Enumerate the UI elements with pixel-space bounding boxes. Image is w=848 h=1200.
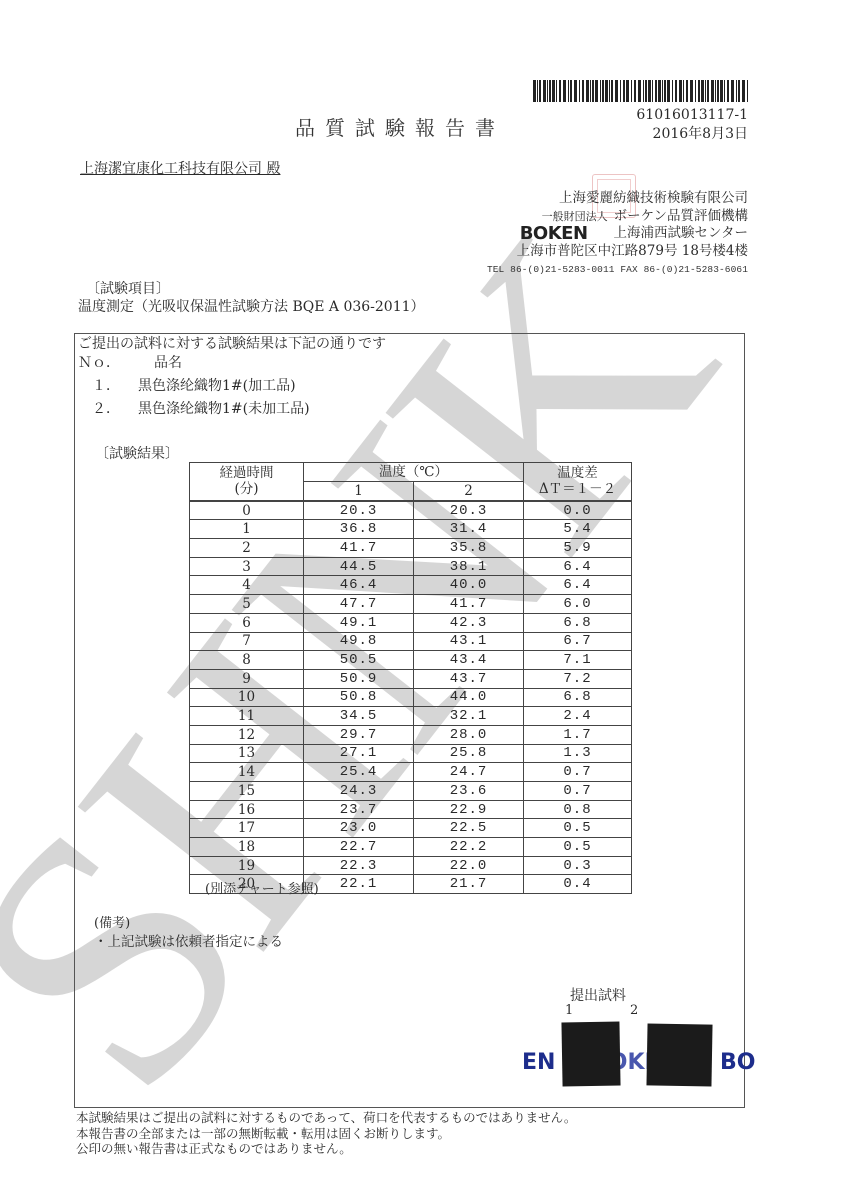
table-row: 136.831.45.4 — [190, 520, 632, 539]
cell-temp-2: 23.6 — [414, 782, 524, 801]
cell-temp-2: 38.1 — [414, 557, 524, 576]
cell-minutes: 4 — [190, 576, 304, 595]
cell-temp-1: 47.7 — [304, 595, 414, 614]
cell-temp-1: 22.1 — [304, 875, 414, 894]
cell-temp-2: 43.7 — [414, 669, 524, 688]
cell-minutes: 17 — [190, 819, 304, 838]
table-row: 547.741.76.0 — [190, 595, 632, 614]
cell-temp-diff: 7.1 — [524, 651, 632, 670]
col-header-temp-1: 1 — [304, 482, 414, 501]
cell-temp-diff: 5.9 — [524, 539, 632, 558]
cell-temp-1: 29.7 — [304, 725, 414, 744]
cell-temp-diff: 6.8 — [524, 688, 632, 707]
sample-name: 黒色涤纶織物1#(加工品) — [138, 378, 296, 394]
table-row: 649.142.36.8 — [190, 613, 632, 632]
issuer-center: BOKEN 上海浦西試験センター — [328, 225, 748, 243]
table-row: 241.735.85.9 — [190, 539, 632, 558]
cell-temp-diff: 6.4 — [524, 557, 632, 576]
boken-tape-logo: BO — [720, 1050, 755, 1075]
issuer-block: 上海愛麗紡織技術検験有限公司 一般財団法人ボーケン品質評価機構 BOKEN 上海… — [328, 190, 748, 260]
cell-temp-diff: 6.8 — [524, 613, 632, 632]
cell-temp-2: 43.1 — [414, 632, 524, 651]
table-row: 950.943.77.2 — [190, 669, 632, 688]
swatch-label-2: 2 — [630, 1003, 638, 1018]
footer-line: 本試験結果はご提出の試料に対するものであって、荷口を代表するものではありません。 — [76, 1110, 576, 1126]
cell-temp-1: 49.8 — [304, 632, 414, 651]
cell-temp-diff: 6.4 — [524, 576, 632, 595]
cell-temp-diff: 6.0 — [524, 595, 632, 614]
sample-name: 黒色涤纶織物1#(未加工品) — [138, 401, 310, 417]
sample-list-header: Ｎｏ．品名 — [78, 352, 182, 372]
issuer-org-name: ボーケン品質評価機構 — [614, 208, 748, 224]
report-date: 2016年8月3日 — [548, 123, 748, 143]
cell-temp-diff: 0.4 — [524, 875, 632, 894]
table-row: 1723.022.50.5 — [190, 819, 632, 838]
cell-temp-2: 31.4 — [414, 520, 524, 539]
issuer-name: 上海愛麗紡織技術検験有限公司 — [328, 190, 748, 208]
cell-temp-2: 22.9 — [414, 800, 524, 819]
no-label: Ｎｏ． — [78, 355, 120, 371]
results-intro: ご提出の試料に対する試験結果は下記の通りです — [78, 333, 386, 353]
cell-temp-diff: 5.4 — [524, 520, 632, 539]
cell-temp-2: 28.0 — [414, 725, 524, 744]
cell-temp-1: 46.4 — [304, 576, 414, 595]
cell-temp-1: 34.5 — [304, 707, 414, 726]
cell-temp-1: 24.3 — [304, 782, 414, 801]
fabric-swatch-1 — [561, 1021, 620, 1086]
cell-minutes: 10 — [190, 688, 304, 707]
issuer-contact: TEL 86-(0)21-5283-0011 FAX 86-(0)21-5283… — [328, 264, 748, 275]
cell-temp-1: 50.9 — [304, 669, 414, 688]
issuer-center-name: 上海浦西試験センター — [614, 225, 748, 243]
cell-temp-1: 50.8 — [304, 688, 414, 707]
cell-temp-1: 50.5 — [304, 651, 414, 670]
cell-temp-2: 41.7 — [414, 595, 524, 614]
col-header-diff: 温度差 ΔＴ＝１－２ — [524, 463, 632, 501]
cell-temp-2: 22.0 — [414, 856, 524, 875]
recipient: 上海潔宜康化工科技有限公司 殿 — [80, 158, 280, 178]
cell-minutes: 7 — [190, 632, 304, 651]
sample-no: ２． — [92, 398, 138, 418]
cell-temp-diff: 0.3 — [524, 856, 632, 875]
boken-tape-logo: EN — [522, 1050, 555, 1075]
cell-temp-1: 23.7 — [304, 800, 414, 819]
issuer-address: 上海市普陀区中江路879号 18号楼4楼 — [328, 243, 748, 261]
table-row: 1524.323.60.7 — [190, 782, 632, 801]
cell-temp-2: 22.2 — [414, 838, 524, 857]
footer-notes: 本試験結果はご提出の試料に対するものであって、荷口を代表するものではありません。… — [76, 1110, 576, 1157]
cell-minutes: 1 — [190, 520, 304, 539]
cell-minutes: 15 — [190, 782, 304, 801]
sample-item: ２．黒色涤纶織物1#(未加工品) — [92, 398, 310, 418]
col-header-time: 経過時間 (分) — [190, 463, 304, 501]
table-row: 850.543.47.1 — [190, 651, 632, 670]
sample-item: １．黒色涤纶織物1#(加工品) — [92, 375, 296, 395]
cell-temp-diff: 0.7 — [524, 763, 632, 782]
cell-temp-2: 22.5 — [414, 819, 524, 838]
table-row: 749.843.16.7 — [190, 632, 632, 651]
table-row: 020.320.30.0 — [190, 501, 632, 520]
cell-temp-diff: 0.0 — [524, 501, 632, 520]
table-row: 1922.322.00.3 — [190, 856, 632, 875]
cell-temp-2: 32.1 — [414, 707, 524, 726]
cell-temp-2: 24.7 — [414, 763, 524, 782]
table-row: 1134.532.12.4 — [190, 707, 632, 726]
footer-line: 本報告書の全部または一部の無断転載・転用は固くお断りします。 — [76, 1126, 576, 1142]
cell-temp-1: 22.7 — [304, 838, 414, 857]
cell-minutes: 11 — [190, 707, 304, 726]
name-label: 品名 — [154, 355, 182, 371]
boken-logo: BOKEN — [520, 225, 588, 243]
table-row: 1623.722.90.8 — [190, 800, 632, 819]
cell-temp-diff: 6.7 — [524, 632, 632, 651]
document-title: 品質試験報告書 — [295, 112, 505, 141]
time-unit: (分) — [190, 481, 303, 497]
diff-label: 温度差 — [524, 465, 631, 481]
cell-temp-1: 27.1 — [304, 744, 414, 763]
diff-formula: ΔＴ＝１－２ — [524, 481, 631, 497]
cell-temp-2: 21.7 — [414, 875, 524, 894]
cell-temp-1: 44.5 — [304, 557, 414, 576]
cell-temp-2: 44.0 — [414, 688, 524, 707]
submitted-samples-label: 提出試料 — [570, 985, 626, 1005]
table-row: 1229.728.01.7 — [190, 725, 632, 744]
col-header-temp: 温度（℃） — [304, 463, 524, 482]
cell-temp-2: 35.8 — [414, 539, 524, 558]
cell-minutes: 8 — [190, 651, 304, 670]
cell-temp-1: 36.8 — [304, 520, 414, 539]
cell-minutes: 3 — [190, 557, 304, 576]
cell-minutes: 5 — [190, 595, 304, 614]
table-row: 1327.125.81.3 — [190, 744, 632, 763]
cell-temp-diff: 7.2 — [524, 669, 632, 688]
table-row: 446.440.06.4 — [190, 576, 632, 595]
cell-minutes: 9 — [190, 669, 304, 688]
cell-minutes: 18 — [190, 838, 304, 857]
cell-minutes: 0 — [190, 501, 304, 520]
cell-temp-2: 25.8 — [414, 744, 524, 763]
results-heading: 〔試験結果〕 — [95, 443, 179, 463]
cell-temp-1: 23.0 — [304, 819, 414, 838]
table-row: 1822.722.20.5 — [190, 838, 632, 857]
cell-temp-diff: 2.4 — [524, 707, 632, 726]
table-row: 1425.424.70.7 — [190, 763, 632, 782]
cell-temp-1: 20.3 — [304, 501, 414, 520]
cell-minutes: 6 — [190, 613, 304, 632]
cell-temp-1: 22.3 — [304, 856, 414, 875]
sample-no: １． — [92, 375, 138, 395]
test-item-value: 温度測定（光吸収保温性試験方法 BQE A 036-2011） — [78, 296, 425, 316]
cell-temp-diff: 1.3 — [524, 744, 632, 763]
cell-temp-diff: 0.8 — [524, 800, 632, 819]
cell-temp-2: 42.3 — [414, 613, 524, 632]
col-header-temp-2: 2 — [414, 482, 524, 501]
report-number: 61016013117-1 — [548, 107, 748, 123]
cell-temp-diff: 1.7 — [524, 725, 632, 744]
cell-temp-2: 40.0 — [414, 576, 524, 595]
results-table: 経過時間 (分) 温度（℃） 温度差 ΔＴ＝１－２ 1 2 020.320.30… — [189, 462, 632, 894]
remarks-item: ・上記試験は依頼者指定による — [94, 930, 283, 950]
time-label: 経過時間 — [190, 465, 303, 481]
chart-reference: (別添チャート参照) — [205, 878, 319, 897]
table-row: 344.538.16.4 — [190, 557, 632, 576]
fabric-swatch-2 — [646, 1023, 712, 1086]
cell-minutes: 13 — [190, 744, 304, 763]
remarks-heading: (備考) — [94, 912, 130, 931]
cell-minutes: 14 — [190, 763, 304, 782]
cell-temp-diff: 0.7 — [524, 782, 632, 801]
test-item-heading: 〔試験項目〕 — [86, 278, 170, 298]
cell-minutes: 16 — [190, 800, 304, 819]
cell-minutes: 2 — [190, 539, 304, 558]
cell-temp-diff: 0.5 — [524, 819, 632, 838]
cell-temp-diff: 0.5 — [524, 838, 632, 857]
barcode — [533, 80, 748, 102]
cell-temp-2: 43.4 — [414, 651, 524, 670]
swatch-label-1: 1 — [565, 1003, 573, 1018]
cell-temp-2: 20.3 — [414, 501, 524, 520]
cell-minutes: 12 — [190, 725, 304, 744]
footer-line: 公印の無い報告書は正式なものではありません。 — [76, 1141, 576, 1157]
cell-temp-1: 25.4 — [304, 763, 414, 782]
cell-minutes: 19 — [190, 856, 304, 875]
cell-temp-1: 49.1 — [304, 613, 414, 632]
cell-temp-1: 41.7 — [304, 539, 414, 558]
results-table-body: 020.320.30.0136.831.45.4241.735.85.9344.… — [190, 501, 632, 894]
table-row: 1050.844.06.8 — [190, 688, 632, 707]
issuer-org-prefix: 一般財団法人 — [542, 210, 608, 223]
